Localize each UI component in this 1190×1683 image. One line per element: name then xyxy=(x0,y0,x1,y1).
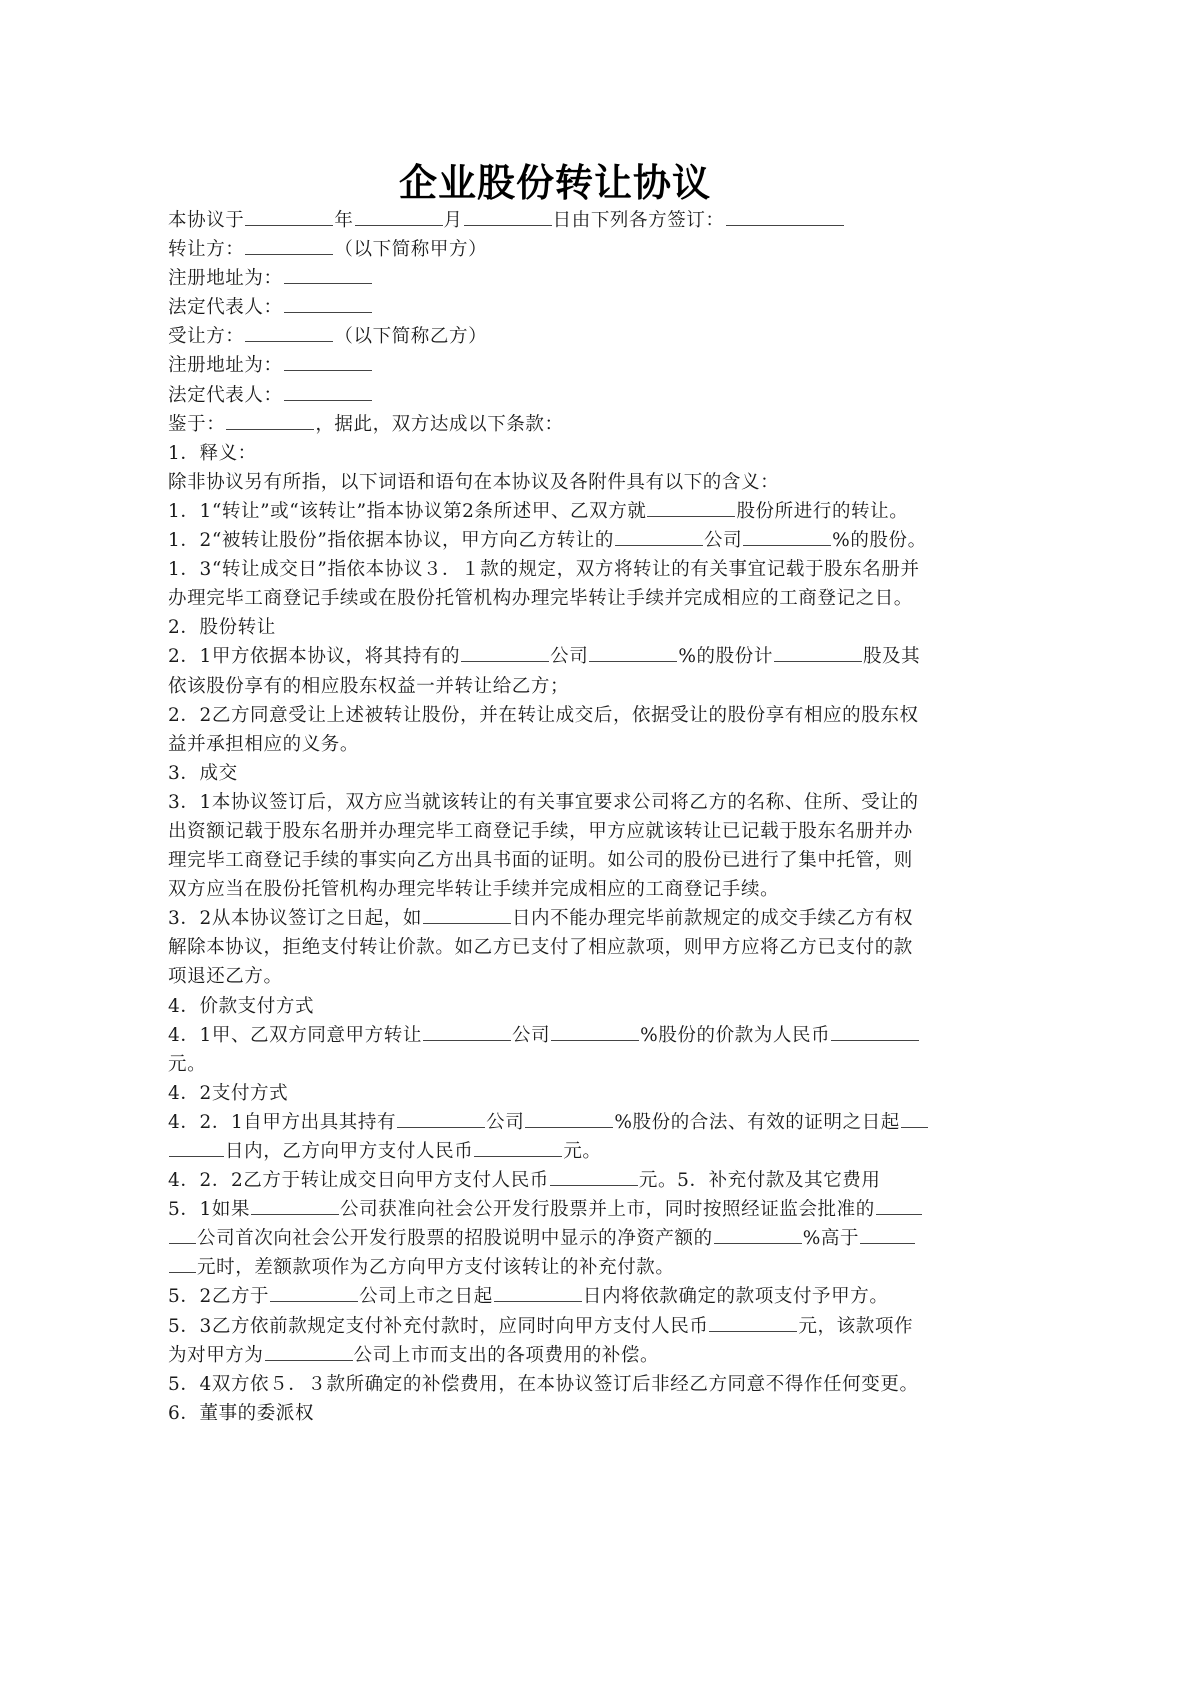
fill-in-blank[interactable] xyxy=(876,1196,922,1215)
fill-in-blank[interactable] xyxy=(284,294,372,313)
document-line: 法定代表人： xyxy=(168,381,958,410)
fill-in-blank[interactable] xyxy=(743,527,831,546)
fill-in-blank[interactable] xyxy=(226,411,314,430)
document-line: 解除本协议，拒绝支付转让价款。如乙方已支付了相应款项，则甲方应将乙方已支付的款 xyxy=(168,933,958,962)
line-text: 法定代表人： xyxy=(168,297,283,318)
fill-in-blank[interactable] xyxy=(284,352,372,371)
document-line: 依该股份享有的相应股东权益一并转让给乙方； xyxy=(168,672,958,701)
line-text: 注册地址为： xyxy=(168,355,283,376)
fill-in-blank[interactable] xyxy=(245,236,333,255)
line-text: 3．1本协议签订后，双方应当就该转让的有关事宜要求公司将乙方的名称、住所、受让的 xyxy=(168,792,919,813)
fill-in-blank[interactable] xyxy=(355,207,443,226)
line-text: 日内将依款确定的款项支付予甲方。 xyxy=(583,1286,889,1307)
document-line: 5．1如果公司获准向社会公开发行股票并上市，同时按照经证监会批准的 xyxy=(168,1195,958,1224)
line-text: 1．3“转让成交日”指依本协议３．１款的规定，双方将转让的有关事宜记载于股东名册… xyxy=(168,559,920,580)
fill-in-blank[interactable] xyxy=(709,1313,797,1332)
fill-in-blank[interactable] xyxy=(494,1283,582,1302)
line-text: %股份的合法、有效的证明之日起 xyxy=(614,1112,900,1133)
line-text: （以下简称乙方） xyxy=(334,326,487,347)
line-text: 受让方： xyxy=(168,326,244,347)
line-text: 5．4双方依５．３款所确定的补偿费用，在本协议签订后非经乙方同意不得作任何变更。 xyxy=(168,1374,919,1395)
line-text: 1．释义： xyxy=(168,443,257,464)
fill-in-blank[interactable] xyxy=(860,1225,915,1244)
fill-in-blank[interactable] xyxy=(831,1022,919,1041)
fill-in-blank[interactable] xyxy=(245,207,333,226)
line-text: 益并承担相应的义务。 xyxy=(168,734,359,755)
line-text: 2．2乙方同意受让上述被转让股份，并在转让成交后，依据受让的股份享有相应的股东权 xyxy=(168,705,919,726)
fill-in-blank[interactable] xyxy=(551,1022,639,1041)
fill-in-blank[interactable] xyxy=(284,382,372,401)
line-text: 本协议于 xyxy=(168,210,244,231)
line-text: 公司获准向社会公开发行股票并上市，同时按照经证监会批准的 xyxy=(340,1199,875,1220)
line-text: 公司 xyxy=(486,1112,524,1133)
fill-in-blank[interactable] xyxy=(284,265,372,284)
document-line: 公司首次向社会公开发行股票的招股说明中显示的净资产额的%高于 xyxy=(168,1224,958,1253)
line-text: %的股份计 xyxy=(678,646,773,667)
line-text: %股份的价款为人民币 xyxy=(640,1025,830,1046)
line-text: 鉴于： xyxy=(168,414,225,435)
line-text: 公司 xyxy=(704,530,742,551)
fill-in-blank[interactable] xyxy=(245,323,333,342)
fill-in-blank[interactable] xyxy=(901,1109,928,1128)
document-line: 元。 xyxy=(168,1050,958,1079)
line-text: 4．2．2乙方于转让成交日向甲方支付人民币 xyxy=(168,1170,549,1191)
fill-in-blank[interactable] xyxy=(714,1225,802,1244)
line-text: 4．价款支付方式 xyxy=(168,996,314,1017)
document-title: 企业股份转让协议 xyxy=(0,152,1110,207)
document-line: 日内，乙方向甲方支付人民币元。 xyxy=(168,1137,958,1166)
line-text: 转让方： xyxy=(168,239,244,260)
line-text: 元，该款项作 xyxy=(798,1316,913,1337)
line-text: 6．董事的委派权 xyxy=(168,1403,314,1424)
line-text: 1．1“转让”或“该转让”指本协议第2条所述甲、乙双方就 xyxy=(168,501,646,522)
line-text: %高于 xyxy=(803,1228,859,1249)
line-text: 3．成交 xyxy=(168,763,238,784)
line-text: 月 xyxy=(444,210,463,231)
fill-in-blank[interactable] xyxy=(169,1138,224,1157)
line-text: 为对甲方为 xyxy=(168,1345,264,1366)
document-line: 项退还乙方。 xyxy=(168,962,958,991)
line-text: 年 xyxy=(334,210,353,231)
fill-in-blank[interactable] xyxy=(169,1254,196,1273)
line-text: 公司上市之日起 xyxy=(359,1286,493,1307)
fill-in-blank[interactable] xyxy=(270,1283,358,1302)
line-text: 1．2“被转让股份”指依据本协议，甲方向乙方转让的 xyxy=(168,530,614,551)
document-line: 双方应当在股份托管机构办理完毕转让手续并完成相应的工商登记手续。 xyxy=(168,875,958,904)
line-text: 理完毕工商登记手续的事实向乙方出具书面的证明。如公司的股份已进行了集中托管，则 xyxy=(168,850,913,871)
line-text: 双方应当在股份托管机构办理完毕转让手续并完成相应的工商登记手续。 xyxy=(168,879,779,900)
document-line: 转让方：（以下简称甲方） xyxy=(168,235,958,264)
document-line: 1．3“转让成交日”指依本协议３．１款的规定，双方将转让的有关事宜记载于股东名册… xyxy=(168,555,958,584)
fill-in-blank[interactable] xyxy=(726,207,844,226)
fill-in-blank[interactable] xyxy=(251,1196,339,1215)
document-line: 注册地址为： xyxy=(168,351,958,380)
document-line: 鉴于：，据此，双方达成以下条款： xyxy=(168,410,958,439)
line-text: 股及其 xyxy=(863,646,920,667)
fill-in-blank[interactable] xyxy=(169,1225,196,1244)
document-line: 本协议于年月日由下列各方签订： xyxy=(168,206,958,235)
line-text: %的股份。 xyxy=(832,530,927,551)
line-text: 公司 xyxy=(550,646,588,667)
document-line: 1．释义： xyxy=(168,439,958,468)
document-line: 1．1“转让”或“该转让”指本协议第2条所述甲、乙双方就股份所进行的转让。 xyxy=(168,497,958,526)
document-line: 注册地址为： xyxy=(168,264,958,293)
fill-in-blank[interactable] xyxy=(615,527,703,546)
fill-in-blank[interactable] xyxy=(589,643,677,662)
document-body: 本协议于年月日由下列各方签订：转让方：（以下简称甲方）注册地址为：法定代表人：受… xyxy=(168,206,958,1428)
line-text: （以下简称甲方） xyxy=(334,239,487,260)
document-line: 6．董事的委派权 xyxy=(168,1399,958,1428)
document-line: 1．2“被转让股份”指依据本协议，甲方向乙方转让的公司%的股份。 xyxy=(168,526,958,555)
document-line: 2．2乙方同意受让上述被转让股份，并在转让成交后，依据受让的股份享有相应的股东权 xyxy=(168,701,958,730)
line-text: 股份所进行的转让。 xyxy=(736,501,908,522)
document-line: 4．1甲、乙双方同意甲方转让公司%股份的价款为人民币 xyxy=(168,1021,958,1050)
document-line: 2．股份转让 xyxy=(168,613,958,642)
fill-in-blank[interactable] xyxy=(423,1022,511,1041)
line-text: 元。 xyxy=(168,1054,206,1075)
document-line: 除非协议另有所指，以下词语和语句在本协议及各附件具有以下的含义： xyxy=(168,468,958,497)
line-text: 元。 xyxy=(563,1141,601,1162)
line-text: 日内不能办理完毕前款规定的成交手续乙方有权 xyxy=(512,908,913,929)
fill-in-blank[interactable] xyxy=(774,643,862,662)
line-text: 日由下列各方签订： xyxy=(553,210,725,231)
document-line: 5．3乙方依前款规定支付补充付款时，应同时向甲方支付人民币元，该款项作 xyxy=(168,1312,958,1341)
line-text: 元时，差额款项作为乙方向甲方支付该转让的补充付款。 xyxy=(197,1257,675,1278)
document-line: 3．2从本协议签订之日起，如日内不能办理完毕前款规定的成交手续乙方有权 xyxy=(168,904,958,933)
line-text: 法定代表人： xyxy=(168,385,283,406)
fill-in-blank[interactable] xyxy=(550,1167,638,1186)
line-text: 3．2从本协议签订之日起，如 xyxy=(168,908,422,929)
fill-in-blank[interactable] xyxy=(265,1342,353,1361)
document-line: 5．2乙方于公司上市之日起日内将依款确定的款项支付予甲方。 xyxy=(168,1282,958,1311)
line-text: 5．1如果 xyxy=(168,1199,250,1220)
line-text: 元。5．补充付款及其它费用 xyxy=(639,1170,881,1191)
line-text: 出资额记载于股东名册并办理完毕工商登记手续，甲方应就该转让已记载于股东名册并办 xyxy=(168,821,913,842)
document-line: 出资额记载于股东名册并办理完毕工商登记手续，甲方应就该转让已记载于股东名册并办 xyxy=(168,817,958,846)
line-text: 公司上市而支出的各项费用的补偿。 xyxy=(354,1345,660,1366)
fill-in-blank[interactable] xyxy=(397,1109,485,1128)
line-text: 4．2支付方式 xyxy=(168,1083,288,1104)
document-line: 办理完毕工商登记手续或在股份托管机构办理完毕转让手续并完成相应的工商登记之日。 xyxy=(168,584,958,613)
document-line: 4．2．2乙方于转让成交日向甲方支付人民币元。5．补充付款及其它费用 xyxy=(168,1166,958,1195)
line-text: 依该股份享有的相应股东权益一并转让给乙方； xyxy=(168,676,569,697)
line-text: 2．1甲方依据本协议，将其持有的 xyxy=(168,646,460,667)
fill-in-blank[interactable] xyxy=(474,1138,562,1157)
document-line: 为对甲方为公司上市而支出的各项费用的补偿。 xyxy=(168,1341,958,1370)
line-text: 日内，乙方向甲方支付人民币 xyxy=(225,1141,473,1162)
document-line: 2．1甲方依据本协议，将其持有的公司%的股份计股及其 xyxy=(168,642,958,671)
line-text: 解除本协议，拒绝支付转让价款。如乙方已支付了相应款项，则甲方应将乙方已支付的款 xyxy=(168,937,913,958)
line-text: 5．2乙方于 xyxy=(168,1286,269,1307)
document-line: 受让方：（以下简称乙方） xyxy=(168,322,958,351)
document-line: 益并承担相应的义务。 xyxy=(168,730,958,759)
fill-in-blank[interactable] xyxy=(525,1109,613,1128)
document-line: 3．1本协议签订后，双方应当就该转让的有关事宜要求公司将乙方的名称、住所、受让的 xyxy=(168,788,958,817)
line-text: 公司首次向社会公开发行股票的招股说明中显示的净资产额的 xyxy=(197,1228,713,1249)
document-line: 4．2支付方式 xyxy=(168,1079,958,1108)
line-text: 4．1甲、乙双方同意甲方转让 xyxy=(168,1025,422,1046)
line-text: 除非协议另有所指，以下词语和语句在本协议及各附件具有以下的含义： xyxy=(168,472,779,493)
fill-in-blank[interactable] xyxy=(461,643,549,662)
document-page: 企业股份转让协议 本协议于年月日由下列各方签订：转让方：（以下简称甲方）注册地址… xyxy=(0,0,1190,1683)
document-line: 法定代表人： xyxy=(168,293,958,322)
fill-in-blank[interactable] xyxy=(647,498,735,517)
document-line: 元时，差额款项作为乙方向甲方支付该转让的补充付款。 xyxy=(168,1253,958,1282)
document-line: 5．4双方依５．３款所确定的补偿费用，在本协议签订后非经乙方同意不得作任何变更。 xyxy=(168,1370,958,1399)
line-text: 2．股份转让 xyxy=(168,617,276,638)
fill-in-blank[interactable] xyxy=(464,207,552,226)
document-line: 理完毕工商登记手续的事实向乙方出具书面的证明。如公司的股份已进行了集中托管，则 xyxy=(168,846,958,875)
document-line: 4．价款支付方式 xyxy=(168,992,958,1021)
line-text: 5．3乙方依前款规定支付补充付款时，应同时向甲方支付人民币 xyxy=(168,1316,708,1337)
line-text: 项退还乙方。 xyxy=(168,966,283,987)
line-text: 办理完毕工商登记手续或在股份托管机构办理完毕转让手续并完成相应的工商登记之日。 xyxy=(168,588,913,609)
line-text: 4．2．1自甲方出具其持有 xyxy=(168,1112,396,1133)
line-text: ，据此，双方达成以下条款： xyxy=(315,414,563,435)
document-line: 4．2．1自甲方出具其持有公司%股份的合法、有效的证明之日起 xyxy=(168,1108,958,1137)
line-text: 公司 xyxy=(512,1025,550,1046)
line-text: 注册地址为： xyxy=(168,268,283,289)
fill-in-blank[interactable] xyxy=(423,905,511,924)
document-line: 3．成交 xyxy=(168,759,958,788)
